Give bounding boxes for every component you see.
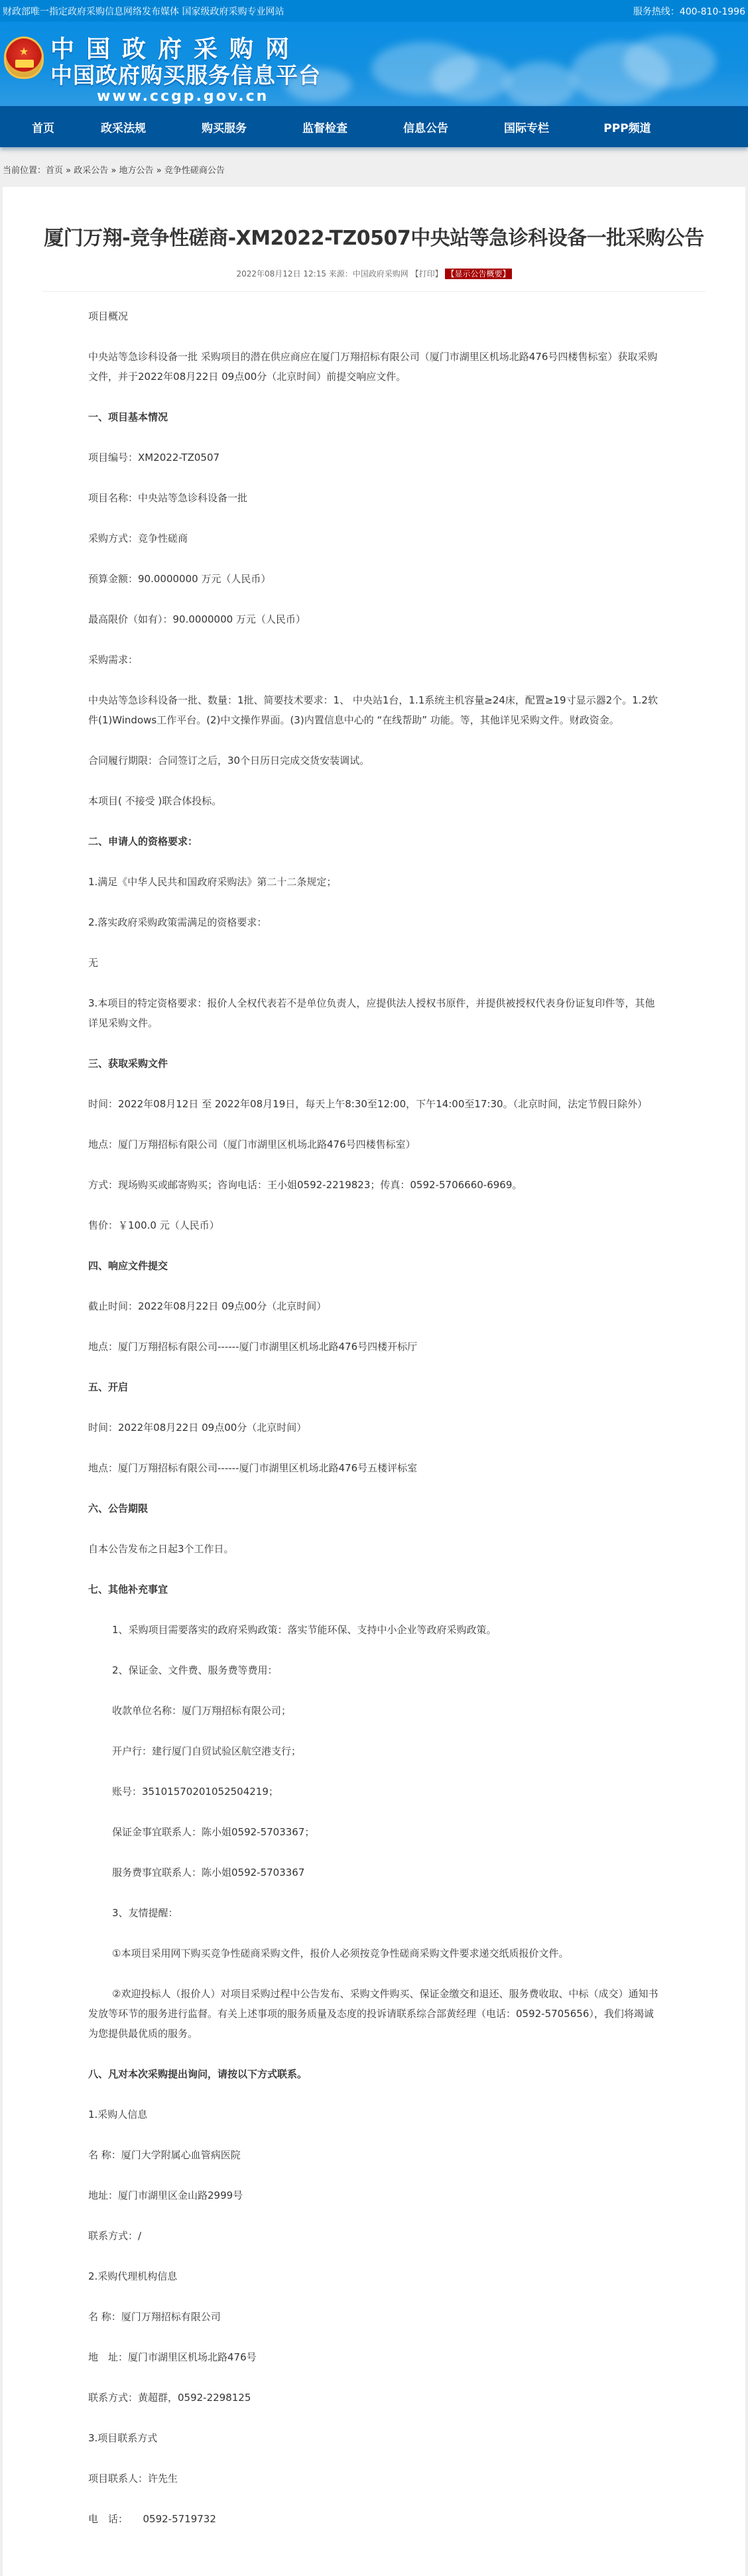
- breadcrumb-home[interactable]: 首页: [46, 166, 63, 176]
- article-paragraph: 项目名称：中央站等急诊科设备一批: [88, 488, 660, 508]
- logo-title: 中国政府采购网: [50, 36, 321, 63]
- section-heading: 一、项目基本情况: [88, 407, 660, 427]
- article-paragraph: 项目概况: [88, 306, 660, 326]
- article-paragraph: 截止时间：2022年08月22日 09点00分（北京时间）: [88, 1296, 660, 1316]
- article-paragraph: 2、保证金、文件费、服务费等费用：: [88, 1660, 660, 1680]
- article-paragraph: 联系方式：黄超群，0592-2298125: [88, 2388, 660, 2408]
- article-title: 厦门万翔-竞争性磋商-XM2022-TZ0507中央站等急诊科设备一批采购公告: [3, 225, 745, 252]
- article-paragraph: 联系方式：/: [88, 2226, 660, 2246]
- article-paragraph: 中央站等急诊科设备一批 采购项目的潜在供应商应在厦门万翔招标有限公司（厦门市湖里…: [88, 347, 660, 387]
- article-paragraph: 方式：现场购买或邮寄购买；咨询电话：王小姐0592-2219823；传真：059…: [88, 1175, 660, 1195]
- section-heading: 四、响应文件提交: [88, 1256, 660, 1276]
- nav-item-international[interactable]: 国际专栏: [476, 119, 577, 135]
- article-paragraph: ①本项目采用网下购买竞争性磋商采购文件，报价人必须按竞争性磋商采购文件要求递交纸…: [88, 1943, 660, 1963]
- breadcrumb-competitive-negotiation[interactable]: 竞争性磋商公告: [164, 166, 225, 176]
- article-paragraph: 2.采购代理机构信息: [88, 2266, 660, 2286]
- article-paragraph: 1.采购人信息: [88, 2105, 660, 2124]
- section-heading: 五、开启: [88, 1377, 660, 1397]
- article-paragraph: 地点：厦门万翔招标有限公司（厦门市湖里区机场北路476号四楼售标室）: [88, 1135, 660, 1154]
- nav-item-ppp[interactable]: PPP频道: [577, 119, 678, 135]
- logo-subtitle: 中国政府购买服务信息平台: [50, 63, 321, 88]
- article-paragraph: 无: [88, 953, 660, 973]
- section-heading: 二、申请人的资格要求：: [88, 831, 660, 851]
- article-paragraph: 最高限价（如有）：90.0000000 万元（人民币）: [88, 609, 660, 629]
- section-heading: 六、公告期限: [88, 1499, 660, 1518]
- article-paragraph: 时间：2022年08月22日 09点00分（北京时间）: [88, 1418, 660, 1438]
- article-paragraph: 采购需求：: [88, 650, 660, 670]
- breadcrumb-separator: »: [156, 166, 162, 176]
- article-paragraph: 中央站等急诊科设备一批、数量：1批、简要技术要求：1、 中央站1台，1.1系统主…: [88, 690, 660, 730]
- main-nav: 首页 政采法规 购买服务 监督检查 信息公告 国际专栏 PPP频道: [0, 106, 748, 147]
- breadcrumb-separator: »: [111, 166, 116, 176]
- nav-item-home[interactable]: 首页: [13, 119, 73, 135]
- article-paragraph: 预算金额：90.0000000 万元（人民币）: [88, 569, 660, 589]
- logo-url: www.ccgp.gov.cn: [50, 88, 321, 105]
- article-paragraph: ②欢迎投标人（报价人）对项目采购过程中公告发布、采购文件购买、保证金缴交和退还、…: [88, 1984, 660, 2044]
- section-heading: 七、其他补充事宜: [88, 1579, 660, 1599]
- article-paragraph: 1.满足《中华人民共和国政府采购法》第二十二条规定；: [88, 872, 660, 892]
- article-content: 项目概况中央站等急诊科设备一批 采购项目的潜在供应商应在厦门万翔招标有限公司（厦…: [3, 292, 745, 2576]
- article-paragraph: 本项目( 不接受 )联合体投标。: [88, 791, 660, 811]
- article-paragraph: 名 称：厦门大学附属心血管病医院: [88, 2145, 660, 2165]
- article-paragraph: 开户行：建行厦门自贸试验区航空港支行；: [88, 1741, 660, 1761]
- article-paragraph: 电 话： 0592-5719732: [88, 2509, 660, 2529]
- article-source: 来源：中国政府采购网: [329, 269, 408, 278]
- article-paragraph: 项目编号：XM2022-TZ0507: [88, 448, 660, 467]
- section-heading: 三、获取采购文件: [88, 1054, 660, 1073]
- nav-item-supervision[interactable]: 监督检查: [275, 119, 375, 135]
- article-paragraph: 服务费事宜联系人：陈小姐0592-5703367: [88, 1863, 660, 1882]
- breadcrumb-procurement-announcements[interactable]: 政采公告: [74, 166, 108, 176]
- print-link[interactable]: 【打印】: [411, 269, 443, 278]
- article-paragraph: 3.本项目的特定资格要求：报价人全权代表若不是单位负责人，应提供法人授权书原件，…: [88, 993, 660, 1033]
- breadcrumb: 当前位置：首页 » 政采公告 » 地方公告 » 竞争性磋商公告: [0, 147, 748, 187]
- breadcrumb-local-announcements[interactable]: 地方公告: [119, 166, 154, 176]
- article-meta: 2022年08月12日 12:15 来源：中国政府采购网 【打印】 【显示公告概…: [3, 268, 745, 279]
- nav-item-regulations[interactable]: 政采法规: [73, 119, 174, 135]
- article-paragraph: 地点：厦门万翔招标有限公司------厦门市湖里区机场北路476号四楼开标厅: [88, 1337, 660, 1357]
- nav-item-announcements[interactable]: 信息公告: [375, 119, 476, 135]
- article-paragraph: 保证金事宜联系人：陈小姐0592-5703367；: [88, 1822, 660, 1842]
- article-paragraph: 合同履行期限：合同签订之后，30个日历日完成交货安装调试。: [88, 751, 660, 770]
- article-paragraph: 2.落实政府采购政策需满足的资格要求：: [88, 912, 660, 932]
- article-paragraph: 时间：2022年08月12日 至 2022年08月19日，每天上午8:30至12…: [88, 1094, 660, 1114]
- national-emblem-icon: ★: [4, 36, 44, 79]
- breadcrumb-separator: »: [66, 166, 71, 176]
- site-logo[interactable]: 中国政府采购网 中国政府购买服务信息平台 www.ccgp.gov.cn: [50, 36, 321, 105]
- article-paragraph: 1、采购项目需要落实的政府采购政策：落实节能环保、支持中小企业等政府采购政策。: [88, 1620, 660, 1640]
- nav-item-purchase-services[interactable]: 购买服务: [174, 119, 275, 135]
- site-banner: ★ 中国政府采购网 中国政府购买服务信息平台 www.ccgp.gov.cn: [0, 22, 748, 106]
- breadcrumb-prefix: 当前位置：: [3, 166, 46, 176]
- publish-datetime: 2022年08月12日 12:15: [236, 269, 326, 278]
- top-bar: 财政部唯一指定政府采购信息网络发布媒体 国家级政府采购专业网站 服务热线：400…: [0, 0, 748, 22]
- article-paragraph: 名 称：厦门万翔招标有限公司: [88, 2307, 660, 2327]
- service-hotline: 服务热线：400-810-1996: [633, 5, 745, 18]
- show-summary-button[interactable]: 【显示公告概要】: [445, 269, 511, 279]
- article-paragraph: 地址：厦门市湖里区金山路2999号: [88, 2185, 660, 2205]
- section-heading: 八、凡对本次采购提出询问，请按以下方式联系。: [88, 2064, 660, 2084]
- article-paragraph: 售价：￥100.0 元（人民币）: [88, 1215, 660, 1235]
- article-paragraph: 自本公告发布之日起3个工作日。: [88, 1539, 660, 1559]
- article-card: 厦门万翔-竞争性磋商-XM2022-TZ0507中央站等急诊科设备一批采购公告 …: [3, 187, 745, 2576]
- article-paragraph: 收款单位名称：厦门万翔招标有限公司；: [88, 1701, 660, 1721]
- article-paragraph: 账号：35101570201052504219；: [88, 1782, 660, 1802]
- article-paragraph: 地点：厦门万翔招标有限公司------厦门市湖里区机场北路476号五楼评标室: [88, 1458, 660, 1478]
- article-paragraph: 3.项目联系方式: [88, 2428, 660, 2448]
- article-paragraph: 地 址：厦门市湖里区机场北路476号: [88, 2347, 660, 2367]
- article-paragraph: 采购方式：竞争性磋商: [88, 528, 660, 548]
- site-slogan: 财政部唯一指定政府采购信息网络发布媒体 国家级政府采购专业网站: [3, 5, 284, 18]
- article-paragraph: 3、友情提醒：: [88, 1903, 660, 1923]
- article-paragraph: 项目联系人：许先生: [88, 2469, 660, 2488]
